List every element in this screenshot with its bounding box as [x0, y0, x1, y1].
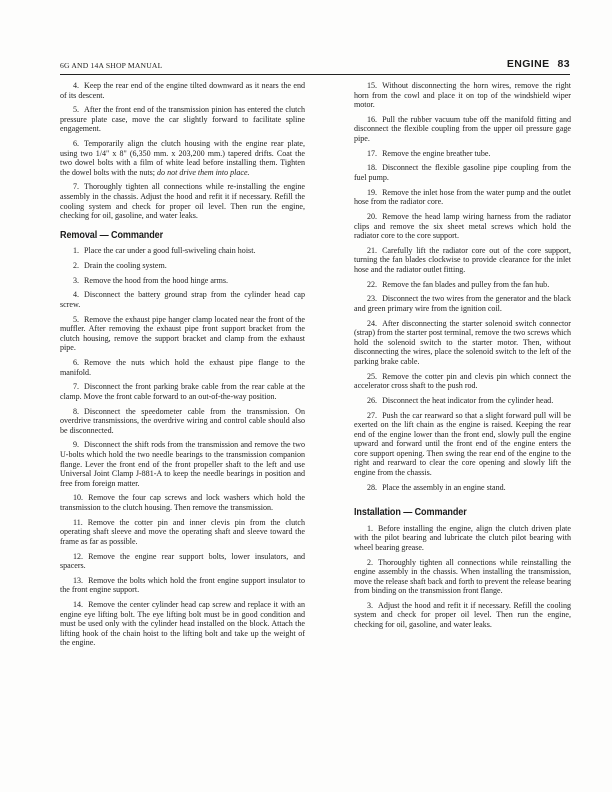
- step-text: Remove the bolts which hold the front en…: [60, 576, 305, 595]
- running-head: ENGINE83: [507, 58, 570, 70]
- step-text: Disconnect the front parking brake cable…: [60, 382, 305, 401]
- step-number: 14.: [73, 600, 83, 609]
- step-number: 10.: [73, 493, 83, 502]
- step-text: Remove the nuts which hold the exhaust p…: [60, 358, 305, 377]
- step-text: Without disconnecting the horn wires, re…: [354, 81, 571, 109]
- step-text: Remove the inlet hose from the water pum…: [354, 188, 571, 207]
- manual-title: 6G AND 14A SHOP MANUAL: [60, 61, 162, 70]
- step-paragraph: 22.Remove the fan blades and pulley from…: [354, 280, 571, 290]
- step-text: Place the assembly in an engine stand.: [382, 483, 506, 492]
- step-number: 24.: [367, 319, 377, 328]
- step-text: Remove the cotter pin and inner clevis p…: [60, 518, 305, 546]
- step-paragraph: 4.Keep the rear end of the engine tilted…: [60, 81, 305, 100]
- step-number: 18.: [367, 163, 377, 172]
- step-number: 15.: [367, 81, 377, 90]
- installation-steps: 1.Before installing the engine, align th…: [354, 524, 571, 630]
- step-number: 4.: [73, 81, 79, 90]
- step-text: Remove the exhaust pipe hanger clamp loc…: [60, 315, 305, 353]
- step-paragraph: 10.Remove the four cap screws and lock w…: [60, 493, 305, 512]
- step-paragraph: 6.Temporarily align the clutch housing w…: [60, 139, 305, 177]
- step-text: Pull the rubber vacuum tube off the mani…: [354, 115, 571, 143]
- step-number: 26.: [367, 396, 377, 405]
- step-paragraph: 5.Remove the exhaust pipe hanger clamp l…: [60, 315, 305, 353]
- step-number: 28.: [367, 483, 377, 492]
- step-number: 2.: [367, 558, 373, 567]
- right-column: 15.Without disconnecting the horn wires,…: [354, 81, 571, 635]
- step-text: Drain the cooling system.: [84, 261, 167, 270]
- step-text: Carefully lift the radiator core out of …: [354, 246, 571, 274]
- step-text: After the front end of the transmission …: [60, 105, 305, 133]
- left-column: 4.Keep the rear end of the engine tilted…: [60, 81, 305, 653]
- step-emphasis: do not drive them into place.: [157, 168, 250, 177]
- step-number: 4.: [73, 290, 79, 299]
- step-paragraph: 27.Push the car rearward so that a sligh…: [354, 411, 571, 478]
- step-text: Remove the engine breather tube.: [382, 149, 490, 158]
- step-number: 25.: [367, 372, 377, 381]
- step-paragraph: 7.Disconnect the front parking brake cab…: [60, 382, 305, 401]
- step-text: Before installing the engine, align the …: [354, 524, 571, 552]
- continued-installation-steps: 4.Keep the rear end of the engine tilted…: [60, 81, 305, 221]
- step-text: Remove the hood from the hood hinge arms…: [84, 276, 228, 285]
- step-number: 3.: [367, 601, 373, 610]
- step-paragraph: 21.Carefully lift the radiator core out …: [354, 246, 571, 275]
- step-paragraph: 28.Place the assembly in an engine stand…: [354, 483, 571, 493]
- step-paragraph: 13.Remove the bolts which hold the front…: [60, 576, 305, 595]
- step-number: 6.: [73, 139, 79, 148]
- step-number: 1.: [73, 246, 79, 255]
- step-text: Adjust the hood and refit it if necessar…: [354, 601, 571, 629]
- step-number: 16.: [367, 115, 377, 124]
- step-number: 7.: [73, 382, 79, 391]
- step-text: Keep the rear end of the engine tilted d…: [60, 81, 305, 100]
- step-number: 19.: [367, 188, 377, 197]
- step-number: 1.: [367, 524, 373, 533]
- step-text: Thoroughly tighten all connections while…: [354, 558, 571, 596]
- step-paragraph: 24.After disconnecting the starter solen…: [354, 319, 571, 367]
- step-paragraph: 26.Disconnect the heat indicator from th…: [354, 396, 571, 406]
- step-number: 21.: [367, 246, 377, 255]
- step-number: 9.: [73, 440, 79, 449]
- removal-commander-heading: Removal — Commander: [60, 231, 276, 241]
- step-paragraph: 14.Remove the center cylinder head cap s…: [60, 600, 305, 648]
- step-text: Disconnect the battery ground strap from…: [60, 290, 305, 309]
- step-number: 17.: [367, 149, 377, 158]
- step-paragraph: 17.Remove the engine breather tube.: [354, 149, 571, 159]
- step-text: Remove the head lamp wiring harness from…: [354, 212, 571, 240]
- step-paragraph: 3.Remove the hood from the hood hinge ar…: [60, 276, 305, 286]
- step-text: Disconnect the heat indicator from the c…: [382, 396, 553, 405]
- page-number: 83: [558, 58, 570, 70]
- step-paragraph: 4.Disconnect the battery ground strap fr…: [60, 290, 305, 309]
- step-paragraph: 25.Remove the cotter pin and clevis pin …: [354, 372, 571, 391]
- step-paragraph: 23.Disconnect the two wires from the gen…: [354, 294, 571, 313]
- step-text: Remove the fan blades and pulley from th…: [382, 280, 549, 289]
- manual-page: 6G AND 14A SHOP MANUAL ENGINE83 4.Keep t…: [0, 0, 612, 792]
- step-text: Disconnect the two wires from the genera…: [354, 294, 571, 313]
- step-text: Disconnect the flexible gasoline pipe co…: [354, 163, 571, 182]
- step-number: 23.: [367, 294, 377, 303]
- step-text: Place the car under a good full-swivelin…: [84, 246, 255, 255]
- step-number: 8.: [73, 407, 79, 416]
- step-paragraph: 16.Pull the rubber vacuum tube off the m…: [354, 115, 571, 144]
- step-number: 2.: [73, 261, 79, 270]
- step-number: 5.: [73, 105, 79, 114]
- step-number: 6.: [73, 358, 79, 367]
- step-text: Remove the cotter pin and clevis pin whi…: [354, 372, 571, 391]
- step-text: After disconnecting the starter solenoid…: [354, 319, 571, 366]
- step-text: Push the car rearward so that a slight f…: [354, 411, 571, 477]
- step-paragraph: 20.Remove the head lamp wiring harness f…: [354, 212, 571, 241]
- step-paragraph: 12.Remove the engine rear support bolts,…: [60, 552, 305, 571]
- page-header: 6G AND 14A SHOP MANUAL ENGINE83: [60, 58, 570, 75]
- removal-steps-continued: 15.Without disconnecting the horn wires,…: [354, 81, 571, 492]
- step-paragraph: 19.Remove the inlet hose from the water …: [354, 188, 571, 207]
- step-text: Thoroughly tighten all connections while…: [60, 182, 305, 220]
- installation-commander-heading: Installation — Commander: [354, 508, 545, 518]
- step-paragraph: 2.Drain the cooling system.: [60, 261, 305, 271]
- step-number: 27.: [367, 411, 377, 420]
- step-paragraph: 7.Thoroughly tighten all connections whi…: [60, 182, 305, 220]
- step-number: 22.: [367, 280, 377, 289]
- step-text: Remove the engine rear support bolts, lo…: [60, 552, 305, 571]
- step-text: Disconnect the shift rods from the trans…: [60, 440, 305, 487]
- step-paragraph: 6.Remove the nuts which hold the exhaust…: [60, 358, 305, 377]
- step-text: Remove the four cap screws and lock wash…: [60, 493, 305, 512]
- step-paragraph: 15.Without disconnecting the horn wires,…: [354, 81, 571, 110]
- step-number: 7.: [73, 182, 79, 191]
- step-paragraph: 18.Disconnect the flexible gasoline pipe…: [354, 163, 571, 182]
- step-number: 12.: [73, 552, 83, 561]
- step-paragraph: 11.Remove the cotter pin and inner clevi…: [60, 518, 305, 547]
- step-paragraph: 2.Thoroughly tighten all connections whi…: [354, 558, 571, 596]
- step-paragraph: 1.Before installing the engine, align th…: [354, 524, 571, 553]
- step-paragraph: 5.After the front end of the transmissio…: [60, 105, 305, 134]
- step-number: 20.: [367, 212, 377, 221]
- step-paragraph: 3.Adjust the hood and refit it if necess…: [354, 601, 571, 630]
- step-paragraph: 9.Disconnect the shift rods from the tra…: [60, 440, 305, 488]
- step-number: 3.: [73, 276, 79, 285]
- step-text: Remove the center cylinder head cap scre…: [60, 600, 305, 647]
- step-number: 5.: [73, 315, 79, 324]
- step-text: Disconnect the speedometer cable from th…: [60, 407, 305, 435]
- removal-steps: 1.Place the car under a good full-swivel…: [60, 246, 305, 648]
- step-paragraph: 8.Disconnect the speedometer cable from …: [60, 407, 305, 436]
- section-title: ENGINE: [507, 58, 550, 70]
- step-number: 13.: [73, 576, 83, 585]
- step-number: 11.: [73, 518, 83, 527]
- step-paragraph: 1.Place the car under a good full-swivel…: [60, 246, 305, 256]
